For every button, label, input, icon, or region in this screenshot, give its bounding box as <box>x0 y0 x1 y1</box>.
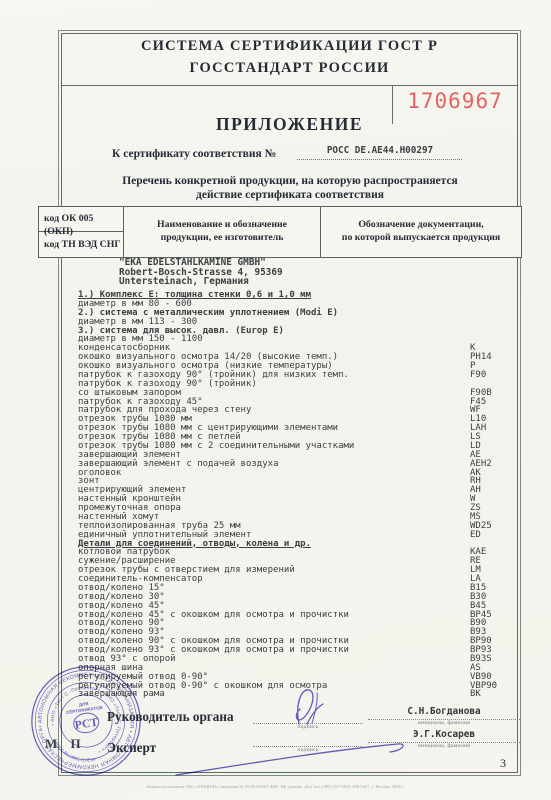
product-code: BK <box>470 690 481 699</box>
documentation-header-line2: по которой выпускается продукция <box>321 232 521 245</box>
page-number: 3 <box>500 756 506 771</box>
product-list: 1.) Комплекс Е: толщина стенки 0,6 и 1,0… <box>78 291 520 699</box>
name-expert: Э.Г.Косарев <box>368 729 520 740</box>
name-label-2: инициалы, фамилия <box>368 743 520 749</box>
form-number: 1706967 <box>394 89 516 113</box>
manufacturer-city: Untersteinach, Германия <box>119 277 283 287</box>
documentation-header-line1: Обозначение документации, <box>321 219 521 232</box>
header-divider <box>61 85 517 86</box>
subtitle-line1: Перечень конкретной продукции, на котору… <box>40 175 540 187</box>
product-row: отвод 93° с опоройB93S <box>78 655 520 664</box>
product-code: F90 <box>470 371 486 380</box>
cell-product-name-header: Наименование и обозначение продукции, ее… <box>124 207 321 257</box>
product-row: завершающий элемент с подачей воздухаAEH… <box>78 460 520 469</box>
certificate-number-underline <box>297 159 462 160</box>
product-name-header-line2: продукции, ее изготовитель <box>124 232 320 245</box>
name-label-1: инициалы, фамилия <box>368 720 520 726</box>
certificate-appendix-page: СИСТЕМА СЕРТИФИКАЦИИ ГОСТ Р ГОССТАНДАРТ … <box>0 0 551 800</box>
name-head-of-body: С.Н.Богданова <box>368 706 520 717</box>
role-expert: Эксперт <box>107 740 156 756</box>
role-head-of-body: Руководитель органа <box>107 709 234 725</box>
page-title: ПРИЛОЖЕНИЕ <box>59 114 520 135</box>
cell-tnved-code: код ТН ВЭД СНГ <box>39 232 124 257</box>
certificate-label: К сертификату соответствия № <box>112 148 276 160</box>
cell-documentation-header: Обозначение документации, по которой вып… <box>321 207 521 257</box>
header-line1: СИСТЕМА СЕРТИФИКАЦИИ ГОСТ Р <box>59 38 520 55</box>
product-row: завершающая рамаBK <box>78 690 520 699</box>
signature-label-1: подпись <box>253 724 363 730</box>
mp-place-of-seal: М П <box>45 736 86 752</box>
cell-okp-code: код ОК 005 (ОКП) <box>39 207 124 232</box>
product-row: оголовокAK <box>78 469 520 478</box>
codes-header-table: код ОК 005 (ОКП) код ТН ВЭД СНГ Наименов… <box>38 206 522 258</box>
printer-footer: Бланки изготовлены ЗАО «ОПЦИОН» (лицензи… <box>0 784 551 789</box>
subtitle-line2: действие сертификата соответствия <box>40 189 540 201</box>
product-name-header-line1: Наименование и обозначение <box>124 219 320 232</box>
certificate-number: РОСС DE.AE44.H00297 <box>299 145 461 156</box>
product-code: ED <box>470 531 481 540</box>
signature-label-2: подпись <box>253 747 363 753</box>
manufacturer-block: "EKA EDELSTAHLKAMINE GMBH" Robert-Bosch-… <box>119 258 283 287</box>
header-line2: ГОССТАНДАРТ РОССИИ <box>59 60 520 77</box>
